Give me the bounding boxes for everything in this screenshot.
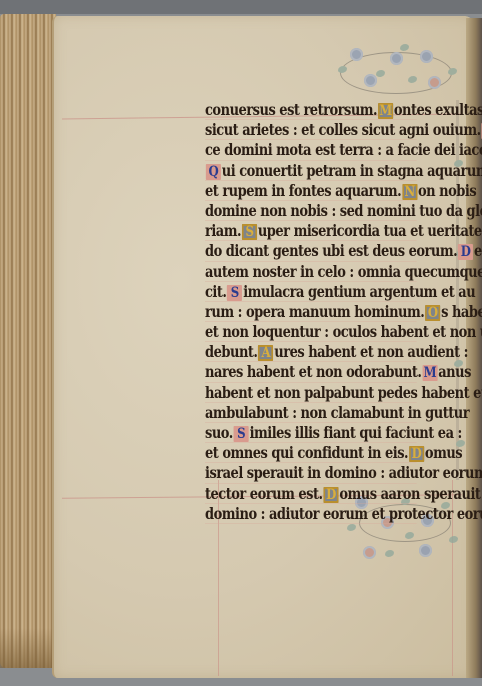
text-line: habent et non palpabunt pedes habent et … xyxy=(205,383,417,403)
text-line-after: uper misericordia tua et ueritate tua : … xyxy=(258,221,482,240)
text-block: conuersus est retrorsum.Montes exultasti… xyxy=(205,100,457,524)
text-line: cit.Simulacra gentium argentum et au xyxy=(205,282,417,302)
text-line-after: anus xyxy=(438,362,471,381)
text-line: ce domini mota est terra : a facie dei i… xyxy=(205,140,417,160)
illuminated-initial: M xyxy=(378,103,393,119)
text-line: domine non nobis : sed nomini tuo da glo xyxy=(205,201,417,221)
text-line: israel sperauit in domino : adiutor eoru… xyxy=(205,463,417,483)
text-line-before: et non loquentur : oculos habent et non … xyxy=(205,322,482,341)
text-line-before: suo. xyxy=(205,423,233,442)
text-line: conuersus est retrorsum.Montes exultasti… xyxy=(205,100,417,120)
text-line-after: ures habent et non audient : xyxy=(274,342,468,361)
text-line-before: domino : adiutor eorum et protector eoru… xyxy=(205,504,482,523)
text-line: sicut arietes : et colles sicut agni oui… xyxy=(205,120,417,140)
text-line: Qui conuertit petram in stagna aquarum : xyxy=(205,161,417,181)
illuminated-initial: D xyxy=(323,487,338,503)
text-line-after: imulacra gentium argentum et au xyxy=(243,282,475,301)
text-line-before: et rupem in fontes aquarum. xyxy=(205,181,401,200)
text-line-before: nares habent et non odorabunt. xyxy=(205,362,421,381)
text-line-before: conuersus est retrorsum. xyxy=(205,100,377,119)
border-decoration-top xyxy=(330,40,470,100)
text-line: et rupem in fontes aquarum.Non nobis xyxy=(205,181,417,201)
text-line-before: domine non nobis : sed nomini tuo da glo xyxy=(205,201,482,220)
flower-icon xyxy=(364,74,377,87)
illuminated-initial: A xyxy=(258,345,273,361)
illuminated-initial: Q xyxy=(206,164,221,180)
stacked-page-edges xyxy=(0,14,56,668)
text-line-after: imiles illis fiant qui faciunt ea : xyxy=(250,423,462,442)
text-line-before: autem noster in celo : omnia quecumque u… xyxy=(205,262,482,281)
text-line-after: eus xyxy=(474,241,482,260)
text-line: nares habent et non odorabunt.Manus xyxy=(205,362,417,382)
text-line: do dicant gentes ubi est deus eorum.Deus xyxy=(205,241,417,261)
text-line-before: habent et non palpabunt pedes habent et … xyxy=(205,383,482,402)
text-line-before: sicut arietes : et colles sicut agni oui… xyxy=(205,120,481,139)
flower-icon xyxy=(428,76,441,89)
text-line-before: cit. xyxy=(205,282,226,301)
illuminated-initial: M xyxy=(422,365,437,381)
illuminated-initial: S xyxy=(234,426,249,442)
text-line: debunt.Aures habent et non audient : xyxy=(205,342,417,362)
text-line-before: do dicant gentes ubi est deus eorum. xyxy=(205,241,457,260)
text-line-before: ambulabunt : non clamabunt in guttur xyxy=(205,403,469,422)
text-line-after: omus xyxy=(425,443,462,462)
text-line: et omnes qui confidunt in eis.Domus xyxy=(205,443,417,463)
illuminated-initial: D xyxy=(409,446,424,462)
flower-icon xyxy=(420,50,433,63)
leaf-icon xyxy=(449,536,458,543)
illuminated-initial: S xyxy=(227,285,242,301)
illuminated-initial: D xyxy=(458,244,473,260)
text-line: rum : opera manuum hominum.Os habent xyxy=(205,302,417,322)
text-line-after: s habent xyxy=(441,302,482,321)
text-line: tector eorum est.Domus aaron sperauit in xyxy=(205,484,417,504)
text-line: domino : adiutor eorum et protector eoru… xyxy=(205,504,417,524)
text-line-before: rum : opera manuum hominum. xyxy=(205,302,424,321)
text-line-after: ontes exultastis xyxy=(394,100,482,119)
text-line: suo.Similes illis fiant qui faciunt ea : xyxy=(205,423,417,443)
text-line-after: ui conuertit petram in stagna aquarum : xyxy=(222,161,482,180)
flower-icon xyxy=(363,546,376,559)
leaf-icon xyxy=(400,44,409,51)
text-line-before: et omnes qui confidunt in eis. xyxy=(205,443,408,462)
flower-icon xyxy=(419,544,432,557)
text-line-before: debunt. xyxy=(205,342,257,361)
illuminated-initial: O xyxy=(425,305,440,321)
background-top xyxy=(0,0,482,14)
text-line-before: tector eorum est. xyxy=(205,484,323,503)
illuminated-initial: S xyxy=(242,224,257,240)
text-line: riam.Super misericordia tua et ueritate … xyxy=(205,221,417,241)
text-line-after: on nobis xyxy=(418,181,476,200)
text-line-before: ce domini mota est terra : a facie dei i… xyxy=(205,140,482,159)
leaf-icon xyxy=(448,68,457,75)
text-line-before: riam. xyxy=(205,221,241,240)
text-line: et non loquentur : oculos habent et non … xyxy=(205,322,417,342)
text-line: ambulabunt : non clamabunt in guttur xyxy=(205,403,417,423)
leaf-icon xyxy=(385,550,394,557)
text-line-after: omus aaron sperauit in xyxy=(339,484,482,503)
flower-icon xyxy=(390,52,403,65)
illuminated-initial: N xyxy=(402,184,417,200)
text-line: autem noster in celo : omnia quecumque u… xyxy=(205,262,417,282)
leaf-icon xyxy=(347,524,356,531)
flower-icon xyxy=(350,48,363,61)
text-line-before: israel sperauit in domino : adiutor eoru… xyxy=(205,463,482,482)
